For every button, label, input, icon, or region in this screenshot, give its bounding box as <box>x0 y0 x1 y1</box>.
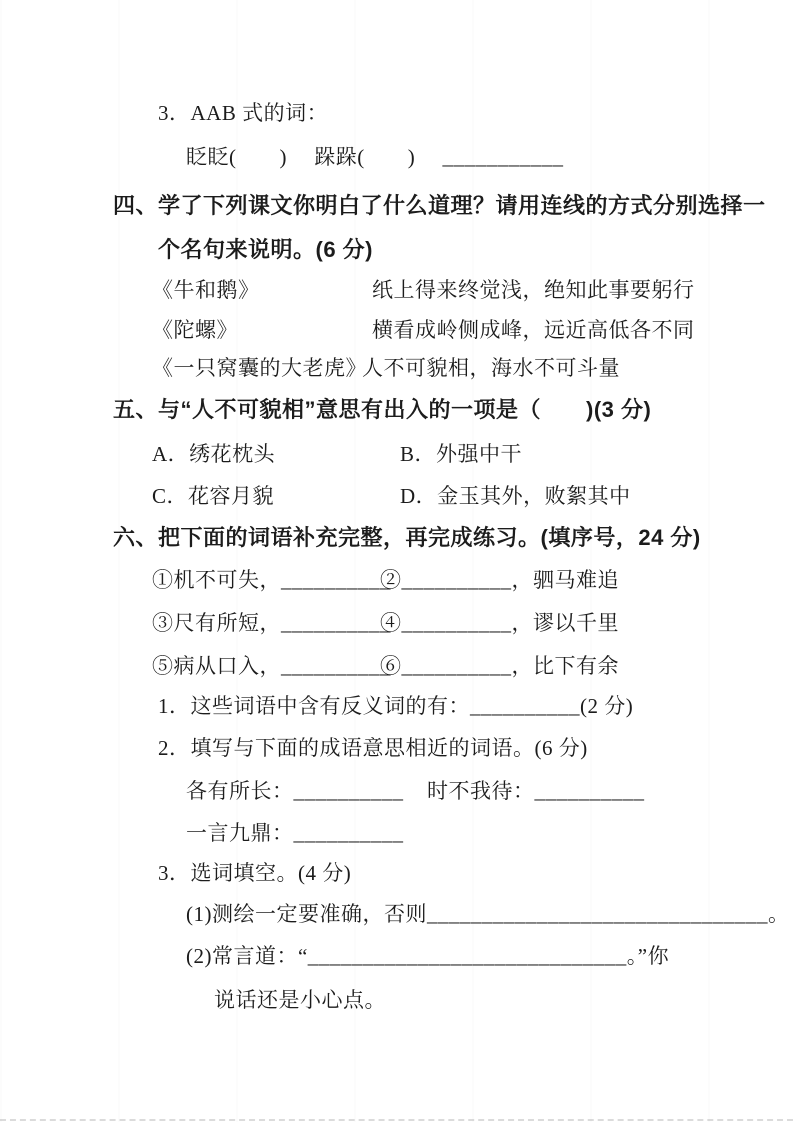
choice-option-c: C．花容月貌 <box>152 482 274 510</box>
section6-sub3-heading: 3．选词填空。(4 分) <box>158 859 351 887</box>
question3-label: 3．AAB 式的词： <box>158 99 328 127</box>
section6-sub2-heading: 2．填写与下面的成语意思相近的词语。(6 分) <box>158 734 588 762</box>
idiom-blank-left: ⑤病从口入，__________ <box>152 652 391 680</box>
idiom-blank-right: ②__________，驷马难追 <box>380 566 619 594</box>
section5-heading: 五、与“人不可貌相”意思有出入的一项是（ )(3 分) <box>113 396 651 424</box>
idiom-blank-left: ③尺有所短，__________ <box>152 609 391 637</box>
exam-page: 3．AAB 式的词： 眨眨( ) 跺跺( ) ___________ 四、学了下… <box>0 0 793 1122</box>
linking-item-title: 《一只窝囊的大老虎》 <box>152 354 367 382</box>
linking-item-title: 《陀螺》 <box>152 316 238 344</box>
section6-heading: 六、把下面的词语补充完整，再完成练习。(填序号，24 分) <box>113 524 701 552</box>
synonym-blank: 时不我待：__________ <box>427 777 645 805</box>
idiom-blank-left: ①机不可失，__________ <box>152 566 391 594</box>
choice-option-a: A．绣花枕头 <box>152 440 275 468</box>
choice-option-d: D．金玉其外，败絮其中 <box>400 482 631 510</box>
idiom-blank-right: ⑥__________，比下有余 <box>380 652 619 680</box>
linking-item-title: 《牛和鹅》 <box>152 276 260 304</box>
fill-in-sentence-1: (1)测绘一定要准确，否则___________________________… <box>186 900 790 928</box>
section6-sub1: 1．这些词语中含有反义词的有：__________(2 分) <box>158 692 633 720</box>
choice-option-b: B．外强中干 <box>400 440 522 468</box>
linking-item-quote: 横看成岭侧成峰，远近高低各不同 <box>372 316 695 344</box>
synonym-blank: 各有所长：__________ <box>186 777 404 805</box>
fill-in-sentence-2-line1: (2)常言道：“_____________________________。”你 <box>186 942 669 970</box>
fill-in-sentence-2-line2: 说话还是小心点。 <box>214 986 386 1014</box>
section4-heading-line1: 四、学了下列课文你明白了什么道理？请用连线的方式分别选择一 <box>113 192 766 220</box>
linking-item-quote: 人不可貌相，海水不可斗量 <box>362 354 620 382</box>
synonym-blank: 一言九鼎：__________ <box>186 819 404 847</box>
section4-heading-line2: 个名句来说明。(6 分) <box>158 236 373 264</box>
question3-answer-line: 眨眨( ) 跺跺( ) ___________ <box>186 143 563 171</box>
idiom-blank-right: ④__________，谬以千里 <box>380 609 619 637</box>
scan-edge-artifact <box>0 1119 793 1121</box>
linking-item-quote: 纸上得来终觉浅，绝知此事要躬行 <box>372 276 695 304</box>
